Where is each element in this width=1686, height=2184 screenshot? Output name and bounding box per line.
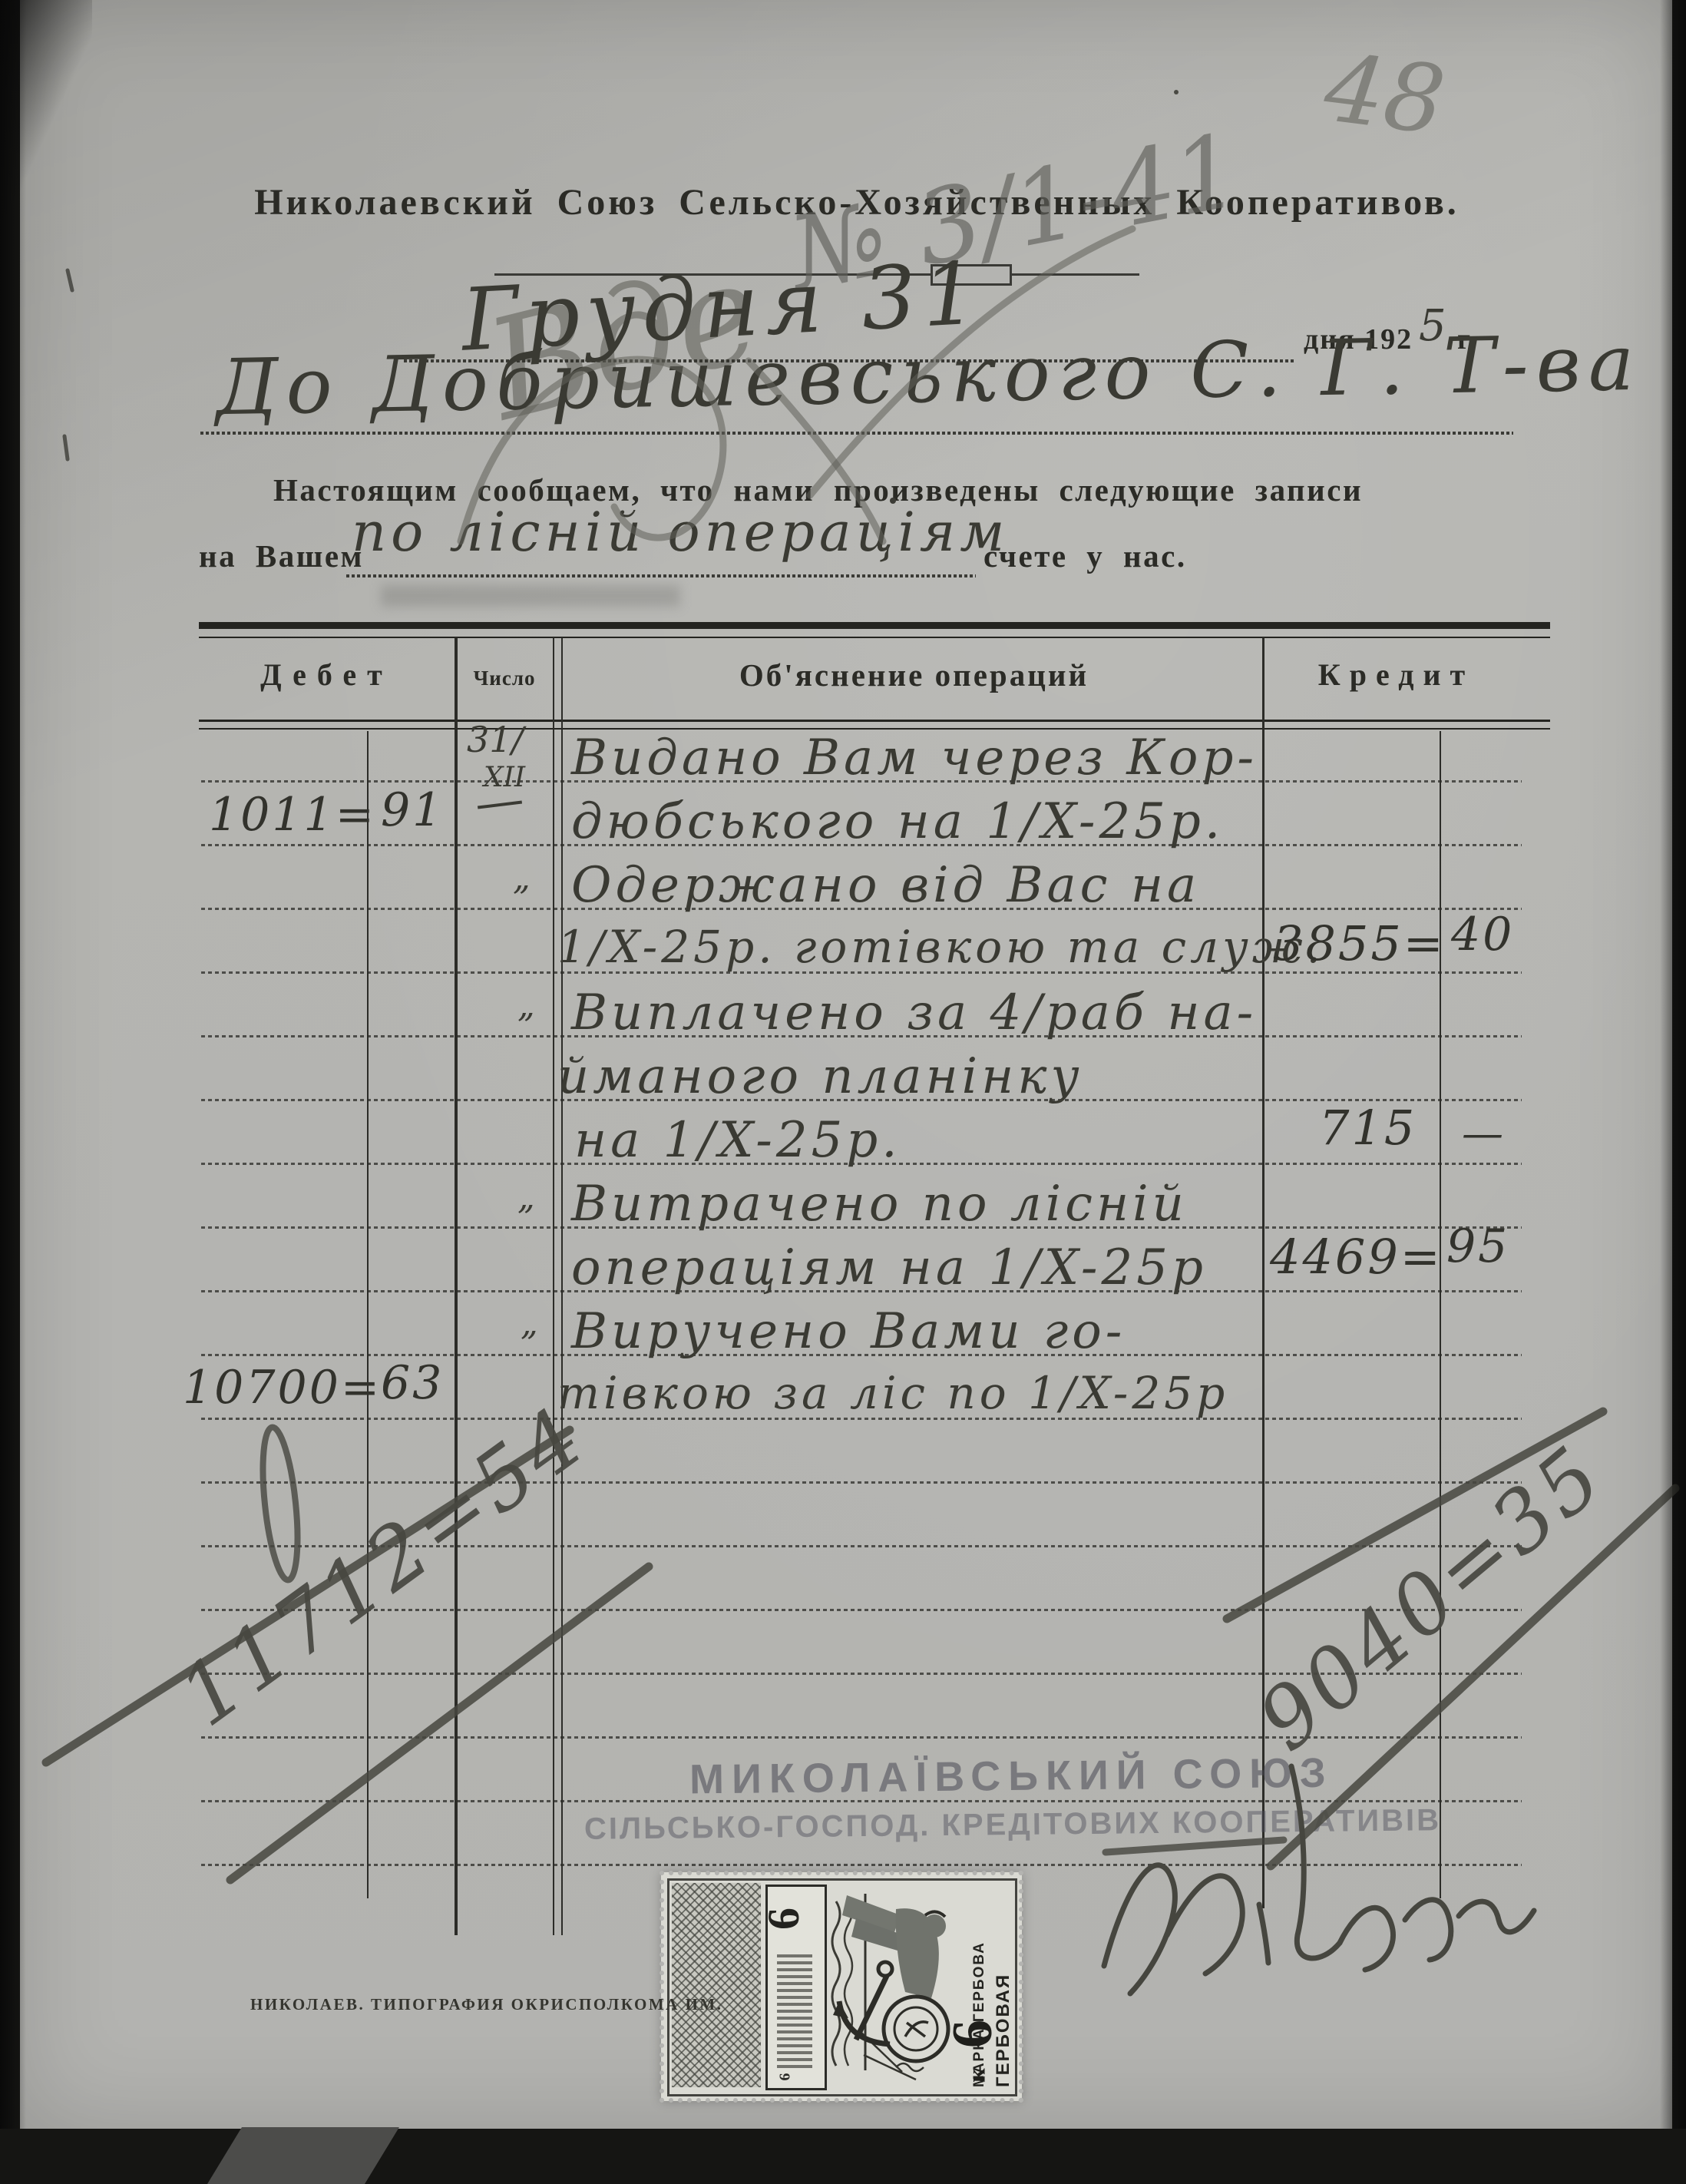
scan-edge-right xyxy=(1660,0,1686,2129)
scan-edge-left xyxy=(0,0,26,2129)
signature-scrawl xyxy=(1104,1766,1534,1994)
pencil-strokes-overlay xyxy=(0,0,1686,2184)
